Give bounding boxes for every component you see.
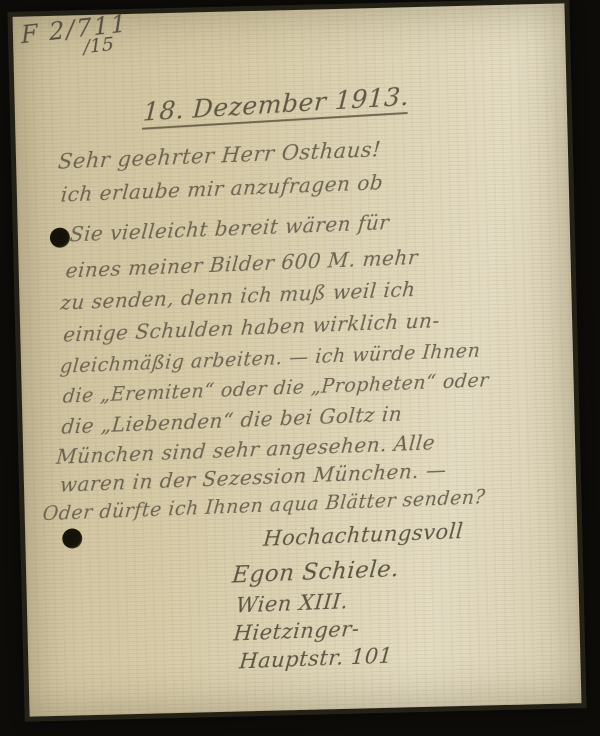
letter-body-line: zu senden, denn ich muß weil ich — [60, 277, 417, 315]
address-line-number: Hauptstr. 101 — [238, 644, 393, 674]
archive-note: F 2/711 /15 — [21, 11, 130, 64]
letter-date: 18. Dezember 1913. — [142, 82, 410, 130]
punch-hole-bottom — [62, 528, 82, 548]
letter-signature: Egon Schiele. — [231, 556, 400, 588]
letter-greeting: Sehr geehrter Herr Osthaus! — [57, 137, 382, 173]
photo-background: F 2/711 /15 18. Dezember 1913. Sehr geeh… — [0, 0, 600, 736]
letter-body-line: einige Schulden haben wirklich un- — [62, 308, 440, 347]
punch-hole-top — [50, 228, 70, 248]
letter-body-line: ich erlaube mir anzufragen ob — [60, 170, 384, 206]
letter-body-line: eines meiner Bilder 600 M. mehr — [65, 245, 419, 283]
address-line-city: Wien XIII. — [235, 589, 349, 617]
letter-closing: Hochachtungsvoll — [262, 519, 464, 551]
address-line-street: Hietzinger- — [233, 617, 361, 646]
letter-paper: F 2/711 /15 18. Dezember 1913. Sehr geeh… — [13, 3, 582, 716]
letter-body-line: Sie vielleicht bereit wären für — [69, 210, 391, 246]
